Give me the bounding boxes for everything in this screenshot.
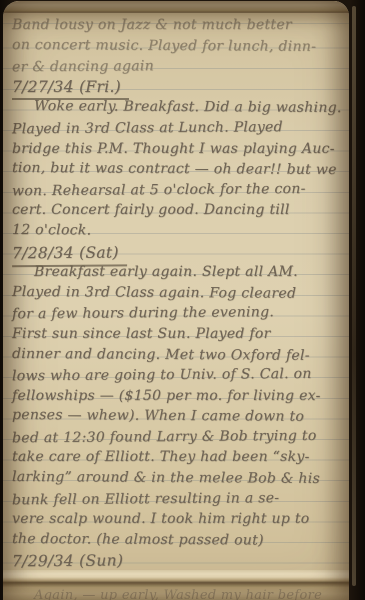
handwriting-line: Band lousy on Jazz & not much better bbox=[12, 15, 344, 36]
page-top-edge bbox=[3, 1, 349, 13]
handwriting-line: tion, but it was contract — oh dear!! bu… bbox=[12, 158, 344, 181]
handwriting-line: won. Rehearsal at 5 o'clock for the con- bbox=[12, 178, 344, 201]
handwriting-line: the doctor. (he almost passed out) bbox=[12, 529, 344, 552]
date-header-sun: 7/29/34 (Sun) bbox=[12, 549, 344, 572]
handwriting-line: cert. Concert fairly good. Dancing till bbox=[12, 200, 344, 221]
handwriting-line: fellowships — ($150 per mo. for living e… bbox=[12, 386, 344, 407]
diary-page-photo: Band lousy on Jazz & not much better on … bbox=[0, 0, 365, 600]
handwriting-line: lows who are going to Univ. of S. Cal. o… bbox=[12, 364, 344, 387]
handwriting-line: bed at 12:30 found Larry & Bob trying to bbox=[12, 426, 344, 449]
page-bottom-fold bbox=[3, 570, 349, 583]
next-page-sliver: Again, — up early, Washed my hair before bbox=[3, 583, 349, 600]
date-header-text: 7/28/34 (Sat) bbox=[12, 242, 127, 266]
handwriting-line: er & dancing again bbox=[12, 55, 344, 78]
handwriting-line: larking” around & in the melee Bob & his bbox=[12, 467, 344, 490]
notebook-page: Band lousy on Jazz & not much better on … bbox=[3, 1, 349, 600]
handwriting-line: penses — whew). When I came down to bbox=[12, 405, 344, 428]
date-header-sat: 7/28/34 (Sat) bbox=[12, 240, 344, 263]
handwriting-line: take care of Elliott. They had been “sky… bbox=[12, 447, 344, 468]
handwriting-line: Played in 3rd Class at Lunch. Played bbox=[12, 117, 344, 140]
handwriting-line: bunk fell on Elliott resulting in a se- bbox=[12, 487, 344, 510]
page-stack-edge bbox=[352, 6, 356, 586]
date-header-fri: 7/27/34 (Fri.) bbox=[12, 77, 344, 98]
handwriting-line: for a few hours during the evening. bbox=[12, 302, 344, 325]
handwriting-line: Again, — up early, Washed my hair before bbox=[12, 586, 349, 600]
ruled-writing-area: Band lousy on Jazz & not much better on … bbox=[3, 13, 349, 573]
handwriting-line: 12 o'clock. bbox=[12, 220, 344, 243]
handwriting-line: Woke early. Breakfast. Did a big washing… bbox=[12, 96, 344, 119]
handwriting-line: on concert music. Played for lunch, dinn… bbox=[12, 35, 344, 58]
handwriting-line: dinner and dancing. Met two Oxford fel- bbox=[12, 343, 344, 366]
handwriting-line: First sun since last Sun. Played for bbox=[12, 324, 344, 345]
handwriting-line: vere scalp wound. I took him right up to bbox=[12, 509, 344, 530]
handwriting-line: Played in 3rd Class again. Fog cleared bbox=[12, 282, 344, 305]
handwriting-line: bridge this P.M. Thought I was playing A… bbox=[12, 139, 344, 160]
